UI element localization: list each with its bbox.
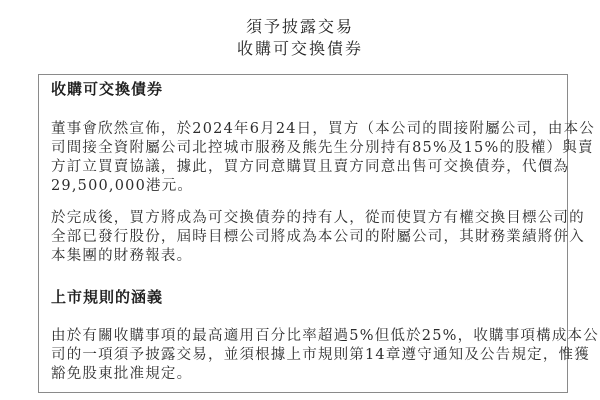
- text-line: 豁免股東批准規定。: [51, 365, 557, 384]
- text-line: 方訂立買賣協議，據此，買方同意購買且賣方同意出售可交換債券，代價為: [51, 158, 557, 177]
- section-heading-listing-rules: 上市規則的涵義: [51, 287, 163, 307]
- paragraph-listing-implications: 由於有關收購事項的最高適用百分比率超過5%但低於25%，收購事項構成本公 司的一…: [51, 327, 557, 384]
- text-line: 由於有關收購事項的最高適用百分比率超過5%但低於25%，收購事項構成本公: [51, 327, 557, 346]
- text-line: 司的一項須予披露交易，並須根據上市規則第14章遵守通知及公告規定，惟獲: [51, 346, 557, 365]
- text-line: 29,500,000港元。: [51, 177, 557, 196]
- title-line-1: 須予披露交易: [0, 16, 600, 38]
- text-line: 司間接全資附屬公司北控城市服務及熊先生分別持有85%及15%的股權）與賣: [51, 139, 557, 158]
- text-line: 全部已發行股份，屆時目標公司將成為本公司的附屬公司，其財務業績將併入: [51, 228, 557, 247]
- text-line: 於完成後，買方將成為可交換債券的持有人，從而使買方有權交換目標公司的: [51, 209, 557, 228]
- paragraph-announcement: 董事會欣然宣佈，於2024年6月24日，買方（本公司的間接附屬公司，由本公 司間…: [51, 120, 557, 196]
- text-line: 本集團的財務報表。: [51, 247, 557, 266]
- section-heading-acquisition: 收購可交換債券: [51, 79, 163, 99]
- summary-box: 收購可交換債券 董事會欣然宣佈，於2024年6月24日，買方（本公司的間接附屬公…: [38, 74, 568, 393]
- document-title: 須予披露交易 收購可交換債券: [0, 16, 600, 60]
- paragraph-completion: 於完成後，買方將成為可交換債券的持有人，從而使買方有權交換目標公司的 全部已發行…: [51, 209, 557, 266]
- text-line: 董事會欣然宣佈，於2024年6月24日，買方（本公司的間接附屬公司，由本公: [51, 120, 557, 139]
- title-line-2: 收購可交換債券: [0, 38, 600, 60]
